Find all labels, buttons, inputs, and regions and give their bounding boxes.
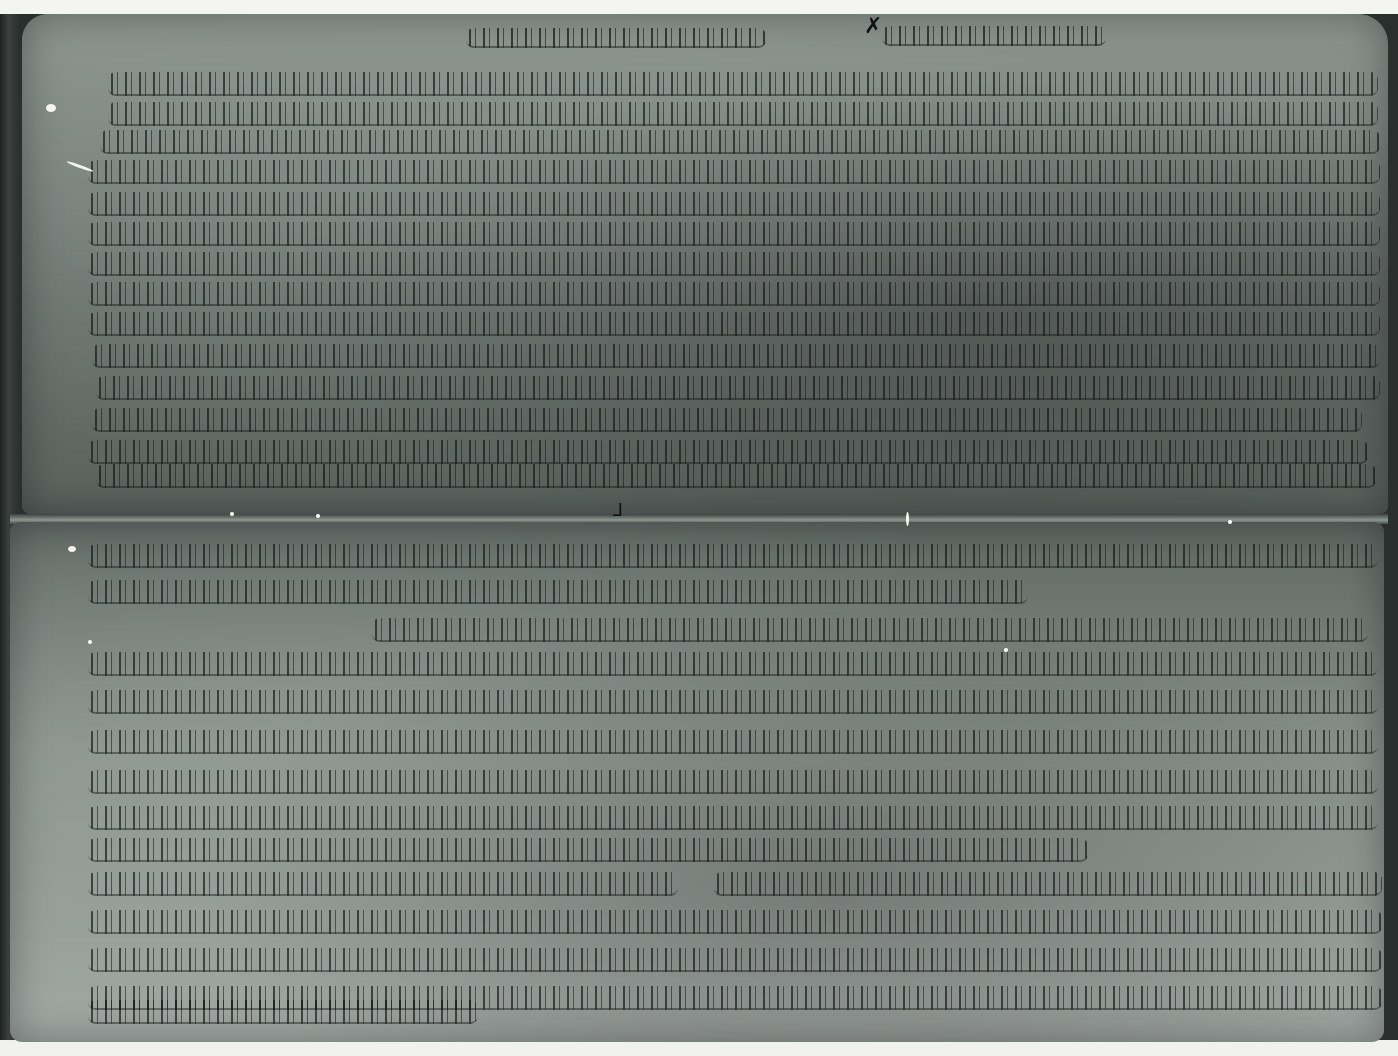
manuscript-text-line <box>88 252 1380 276</box>
manuscript-text-line <box>88 690 1378 714</box>
manuscript-text-line <box>92 344 1380 368</box>
scratch-speck <box>1004 648 1008 652</box>
manuscript-text-line <box>372 618 1368 642</box>
manuscript-text-line <box>88 770 1378 794</box>
manuscript-text-line <box>88 1000 478 1024</box>
manuscript-text-line <box>88 544 1378 568</box>
manuscript-text-line <box>714 872 1382 896</box>
scratch-speck <box>88 640 92 644</box>
manuscript-text-line <box>88 948 1382 972</box>
manuscript-text-line <box>88 440 1368 464</box>
manuscript-text-line <box>88 652 1378 676</box>
manuscript-text-line <box>88 580 1028 604</box>
manuscript-heading-line <box>466 28 766 48</box>
manuscript-text-line <box>108 102 1378 126</box>
manuscript-text-line <box>88 910 1382 934</box>
cross-mark-icon: ✗ <box>864 14 882 39</box>
manuscript-text-line <box>96 376 1380 400</box>
manuscript-text-line <box>100 130 1380 154</box>
manuscript-text-line <box>88 222 1380 246</box>
manuscript-text-line <box>88 312 1380 336</box>
fold-tick-mark: ᒧ <box>612 500 623 521</box>
scratch-speck <box>316 514 320 518</box>
manuscript-heading-line <box>882 26 1106 46</box>
scratch-speck <box>906 512 909 526</box>
manuscript-text-line <box>92 408 1362 432</box>
manuscript-text-line <box>88 872 678 896</box>
scratch-speck <box>68 546 76 552</box>
manuscript-text-line <box>88 192 1380 216</box>
scratch-speck <box>1228 520 1232 524</box>
manuscript-text-line <box>88 730 1378 754</box>
scratch-speck <box>46 104 56 112</box>
manuscript-text-line <box>88 160 1380 184</box>
manuscript-text-line <box>88 838 1088 862</box>
manuscript-text-line <box>88 282 1380 306</box>
manuscript-text-line <box>88 806 1378 830</box>
scratch-speck <box>230 512 234 516</box>
photo-top-border <box>0 0 1398 14</box>
photo-bottom-border <box>0 1040 1398 1056</box>
manuscript-text-line <box>108 72 1378 96</box>
manuscript-text-line <box>96 464 1376 488</box>
